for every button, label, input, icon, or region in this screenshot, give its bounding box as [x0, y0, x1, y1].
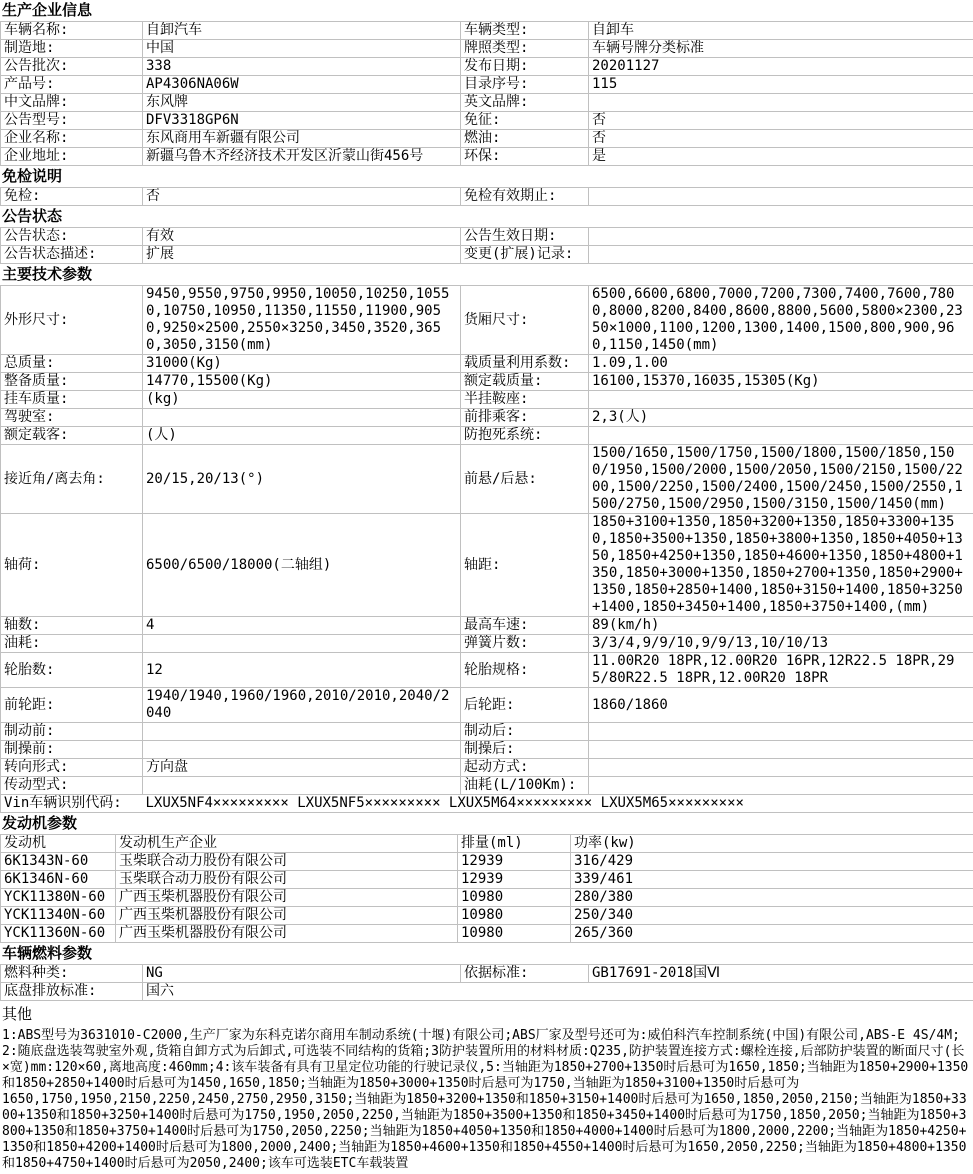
engine-power: 339/461	[571, 871, 973, 889]
engine-manufacturer: 玉柴联合动力股份有限公司	[116, 871, 458, 889]
field-value: NG	[143, 965, 461, 983]
field-label: 燃料种类:	[1, 965, 143, 983]
field-label: 车辆名称:	[1, 22, 143, 40]
engine-model: YCK11360N-60	[1, 925, 116, 943]
section-title-tech: 主要技术参数	[0, 264, 973, 285]
field-value: 有效	[143, 228, 461, 246]
field-value	[143, 409, 461, 427]
field-label: 企业地址:	[1, 148, 143, 166]
production-table: 车辆名称: 自卸汽车 车辆类型: 自卸车 制造地: 中国 牌照类型: 车辆号牌分…	[0, 21, 973, 166]
field-label: 弹簧片数:	[461, 635, 589, 653]
field-label: 半挂鞍座:	[461, 391, 589, 409]
section-title-inspection: 免检说明	[0, 166, 973, 187]
field-label: 防抱死系统:	[461, 427, 589, 445]
engine-power: 280/380	[571, 889, 973, 907]
engine-table: 发动机 发动机生产企业 排量(ml) 功率(kw) 6K1343N-60 玉柴联…	[0, 834, 973, 943]
field-value	[589, 188, 973, 206]
field-value: 1500/1650,1500/1750,1500/1800,1500/1850,…	[589, 445, 973, 514]
field-value	[143, 741, 461, 759]
vehicle-spec-document: 生产企业信息 车辆名称: 自卸汽车 车辆类型: 自卸车 制造地: 中国 牌照类型…	[0, 0, 973, 1174]
table-row: 传动型式: 油耗(L/100Km):	[1, 777, 973, 795]
field-value: 中国	[143, 40, 461, 58]
field-label: 目录序号:	[461, 76, 589, 94]
field-value: 4	[143, 617, 461, 635]
field-value: 9450,9550,9750,9950,10050,10250,10550,10…	[143, 286, 461, 355]
field-value	[589, 741, 973, 759]
field-value: 89(km/h)	[589, 617, 973, 635]
column-header: 发动机	[1, 835, 116, 853]
engine-power: 265/360	[571, 925, 973, 943]
field-label: 产品号:	[1, 76, 143, 94]
field-value	[589, 391, 973, 409]
field-label: 环保:	[461, 148, 589, 166]
field-label: 车辆类型:	[461, 22, 589, 40]
field-value: (人)	[143, 427, 461, 445]
tech-table: 外形尺寸: 9450,9550,9750,9950,10050,10250,10…	[0, 285, 973, 813]
engine-power: 316/429	[571, 853, 973, 871]
table-row: 公告批次: 338 发布日期: 20201127	[1, 58, 973, 76]
field-label: 免检:	[1, 188, 143, 206]
table-row: 企业名称: 东风商用车新疆有限公司 燃油: 否	[1, 130, 973, 148]
field-value: 115	[589, 76, 973, 94]
field-label: 轴荷:	[1, 514, 143, 617]
field-value: 12	[143, 653, 461, 688]
vin-value: LXUX5NF4××××××××× LXUX5NF5××××××××× LXUX…	[143, 795, 973, 813]
field-value: 31000(Kg)	[143, 355, 461, 373]
field-label: 油耗:	[1, 635, 143, 653]
table-row: 挂车质量: (kg) 半挂鞍座:	[1, 391, 973, 409]
field-label: 接近角/离去角:	[1, 445, 143, 514]
field-label: 公告批次:	[1, 58, 143, 76]
field-value: 16100,15370,16035,15305(Kg)	[589, 373, 973, 391]
engine-model: YCK11380N-60	[1, 889, 116, 907]
section-title-other: 其他	[0, 1001, 973, 1027]
field-value: 否	[143, 188, 461, 206]
field-value: 2,3(人)	[589, 409, 973, 427]
field-value: 338	[143, 58, 461, 76]
field-value: 6500/6500/18000(二轴组)	[143, 514, 461, 617]
field-label: 转向形式:	[1, 759, 143, 777]
field-value	[589, 246, 973, 264]
field-label: 油耗(L/100Km):	[461, 777, 589, 795]
vin-row: Vin车辆识别代码: LXUX5NF4××××××××× LXUX5NF5×××…	[1, 795, 973, 813]
field-label: 前轮距:	[1, 688, 143, 723]
field-value: 扩展	[143, 246, 461, 264]
table-row: 轮胎数: 12 轮胎规格: 11.00R20 18PR,12.00R20 16P…	[1, 653, 973, 688]
engine-displacement: 10980	[458, 925, 571, 943]
table-row: 轴数: 4 最高车速: 89(km/h)	[1, 617, 973, 635]
field-label: 轴距:	[461, 514, 589, 617]
field-label: 总质量:	[1, 355, 143, 373]
table-row: 制操前: 制操后:	[1, 741, 973, 759]
field-value: 20/15,20/13(°)	[143, 445, 461, 514]
field-label: 传动型式:	[1, 777, 143, 795]
field-value: 1860/1860	[589, 688, 973, 723]
field-value: 是	[589, 148, 973, 166]
engine-row: 6K1343N-60 玉柴联合动力股份有限公司 12939 316/429	[1, 853, 973, 871]
table-row: 中文品牌: 东风牌 英文品牌:	[1, 94, 973, 112]
field-value: DFV3318GP6N	[143, 112, 461, 130]
section-title-status: 公告状态	[0, 206, 973, 227]
field-label: 制操前:	[1, 741, 143, 759]
table-row: 车辆名称: 自卸汽车 车辆类型: 自卸车	[1, 22, 973, 40]
table-row: 底盘排放标准: 国六	[1, 983, 973, 1001]
column-header: 发动机生产企业	[116, 835, 458, 853]
other-notes-text: 1:ABS型号为3631010-C2000,生产厂家为东科克诺尔商用车制动系统(…	[0, 1027, 973, 1174]
engine-manufacturer: 广西玉柴机器股份有限公司	[116, 925, 458, 943]
field-label: 免检有效期止:	[461, 188, 589, 206]
engine-row: YCK11380N-60 广西玉柴机器股份有限公司 10980 280/380	[1, 889, 973, 907]
engine-row: YCK11340N-60 广西玉柴机器股份有限公司 10980 250/340	[1, 907, 973, 925]
field-label: Vin车辆识别代码:	[1, 795, 143, 813]
field-value: 东风牌	[143, 94, 461, 112]
field-value	[143, 723, 461, 741]
field-label: 燃油:	[461, 130, 589, 148]
field-label: 制操后:	[461, 741, 589, 759]
field-value: 方向盘	[143, 759, 461, 777]
field-label: 制造地:	[1, 40, 143, 58]
field-label: 公告状态描述:	[1, 246, 143, 264]
field-label: 外形尺寸:	[1, 286, 143, 355]
field-label: 轮胎数:	[1, 653, 143, 688]
field-value	[143, 777, 461, 795]
field-value: 3/3/4,9/9/10,9/9/13,10/10/13	[589, 635, 973, 653]
field-label: 挂车质量:	[1, 391, 143, 409]
table-row: 轴荷: 6500/6500/18000(二轴组) 轴距: 1850+3100+1…	[1, 514, 973, 617]
field-label: 轴数:	[1, 617, 143, 635]
field-label: 制动后:	[461, 723, 589, 741]
field-value	[589, 759, 973, 777]
engine-row: YCK11360N-60 广西玉柴机器股份有限公司 10980 265/360	[1, 925, 973, 943]
table-row: 燃料种类: NG 依据标准: GB17691-2018国Ⅵ	[1, 965, 973, 983]
table-row: 制造地: 中国 牌照类型: 车辆号牌分类标准	[1, 40, 973, 58]
field-value: 车辆号牌分类标准	[589, 40, 973, 58]
section-title-engine: 发动机参数	[0, 813, 973, 834]
field-value: 国六	[143, 983, 973, 1001]
section-title-production: 生产企业信息	[0, 0, 973, 21]
column-header: 排量(ml)	[458, 835, 571, 853]
status-table: 公告状态: 有效 公告生效日期: 公告状态描述: 扩展 变更(扩展)记录:	[0, 227, 973, 264]
table-row: 外形尺寸: 9450,9550,9750,9950,10050,10250,10…	[1, 286, 973, 355]
field-value: 东风商用车新疆有限公司	[143, 130, 461, 148]
field-value: 6500,6600,6800,7000,7200,7300,7400,7600,…	[589, 286, 973, 355]
field-value: 否	[589, 112, 973, 130]
table-row: 总质量: 31000(Kg) 载质量利用系数: 1.09,1.00	[1, 355, 973, 373]
field-label: 免征:	[461, 112, 589, 130]
engine-model: 6K1346N-60	[1, 871, 116, 889]
field-value	[589, 228, 973, 246]
engine-displacement: 12939	[458, 853, 571, 871]
field-label: 公告状态:	[1, 228, 143, 246]
field-value: 20201127	[589, 58, 973, 76]
field-value: 11.00R20 18PR,12.00R20 16PR,12R22.5 18PR…	[589, 653, 973, 688]
fuel-table: 燃料种类: NG 依据标准: GB17691-2018国Ⅵ 底盘排放标准: 国六	[0, 964, 973, 1001]
field-value: 1940/1940,1960/1960,2010/2010,2040/2040	[143, 688, 461, 723]
field-label: 最高车速:	[461, 617, 589, 635]
field-value	[589, 723, 973, 741]
engine-manufacturer: 广西玉柴机器股份有限公司	[116, 889, 458, 907]
field-value	[589, 94, 973, 112]
column-header: 功率(kw)	[571, 835, 973, 853]
field-label: 额定载质量:	[461, 373, 589, 391]
field-label: 前排乘客:	[461, 409, 589, 427]
table-row: 额定载客: (人) 防抱死系统:	[1, 427, 973, 445]
section-title-fuel: 车辆燃料参数	[0, 943, 973, 964]
engine-displacement: 12939	[458, 871, 571, 889]
table-row: 制动前: 制动后:	[1, 723, 973, 741]
field-value: 否	[589, 130, 973, 148]
engine-displacement: 10980	[458, 907, 571, 925]
table-row: 产品号: AP4306NA06W 目录序号: 115	[1, 76, 973, 94]
engine-model: 6K1343N-60	[1, 853, 116, 871]
table-row: 驾驶室: 前排乘客: 2,3(人)	[1, 409, 973, 427]
engine-power: 250/340	[571, 907, 973, 925]
field-label: 制动前:	[1, 723, 143, 741]
field-label: 公告型号:	[1, 112, 143, 130]
field-value: 新疆乌鲁木齐经济技术开发区沂蒙山街456号	[143, 148, 461, 166]
field-label: 后轮距:	[461, 688, 589, 723]
table-row: 油耗: 弹簧片数: 3/3/4,9/9/10,9/9/13,10/10/13	[1, 635, 973, 653]
field-label: 变更(扩展)记录:	[461, 246, 589, 264]
field-value	[589, 427, 973, 445]
field-label: 企业名称:	[1, 130, 143, 148]
field-label: 依据标准:	[461, 965, 589, 983]
field-value: 14770,15500(Kg)	[143, 373, 461, 391]
field-label: 中文品牌:	[1, 94, 143, 112]
field-label: 驾驶室:	[1, 409, 143, 427]
engine-row: 6K1346N-60 玉柴联合动力股份有限公司 12939 339/461	[1, 871, 973, 889]
field-value: 1850+3100+1350,1850+3200+1350,1850+3300+…	[589, 514, 973, 617]
table-row: 前轮距: 1940/1940,1960/1960,2010/2010,2040/…	[1, 688, 973, 723]
field-label: 载质量利用系数:	[461, 355, 589, 373]
field-label: 英文品牌:	[461, 94, 589, 112]
field-value: 自卸车	[589, 22, 973, 40]
field-value: GB17691-2018国Ⅵ	[589, 965, 973, 983]
field-value	[589, 777, 973, 795]
inspection-table: 免检: 否 免检有效期止:	[0, 187, 973, 206]
field-value: (kg)	[143, 391, 461, 409]
engine-model: YCK11340N-60	[1, 907, 116, 925]
table-row: 免检: 否 免检有效期止:	[1, 188, 973, 206]
field-label: 公告生效日期:	[461, 228, 589, 246]
field-label: 货厢尺寸:	[461, 286, 589, 355]
field-label: 牌照类型:	[461, 40, 589, 58]
engine-manufacturer: 广西玉柴机器股份有限公司	[116, 907, 458, 925]
field-value	[143, 635, 461, 653]
table-row: 转向形式: 方向盘 起动方式:	[1, 759, 973, 777]
table-row: 公告型号: DFV3318GP6N 免征: 否	[1, 112, 973, 130]
field-label: 额定载客:	[1, 427, 143, 445]
field-label: 起动方式:	[461, 759, 589, 777]
field-label: 发布日期:	[461, 58, 589, 76]
field-label: 轮胎规格:	[461, 653, 589, 688]
engine-manufacturer: 玉柴联合动力股份有限公司	[116, 853, 458, 871]
field-label: 整备质量:	[1, 373, 143, 391]
engine-displacement: 10980	[458, 889, 571, 907]
field-value: 自卸汽车	[143, 22, 461, 40]
table-row: 接近角/离去角: 20/15,20/13(°) 前悬/后悬: 1500/1650…	[1, 445, 973, 514]
table-row: 企业地址: 新疆乌鲁木齐经济技术开发区沂蒙山街456号 环保: 是	[1, 148, 973, 166]
field-label: 前悬/后悬:	[461, 445, 589, 514]
field-value: AP4306NA06W	[143, 76, 461, 94]
table-row: 公告状态: 有效 公告生效日期:	[1, 228, 973, 246]
field-value: 1.09,1.00	[589, 355, 973, 373]
table-row: 整备质量: 14770,15500(Kg) 额定载质量: 16100,15370…	[1, 373, 973, 391]
table-row: 公告状态描述: 扩展 变更(扩展)记录:	[1, 246, 973, 264]
field-label: 底盘排放标准:	[1, 983, 143, 1001]
engine-header-row: 发动机 发动机生产企业 排量(ml) 功率(kw)	[1, 835, 973, 853]
